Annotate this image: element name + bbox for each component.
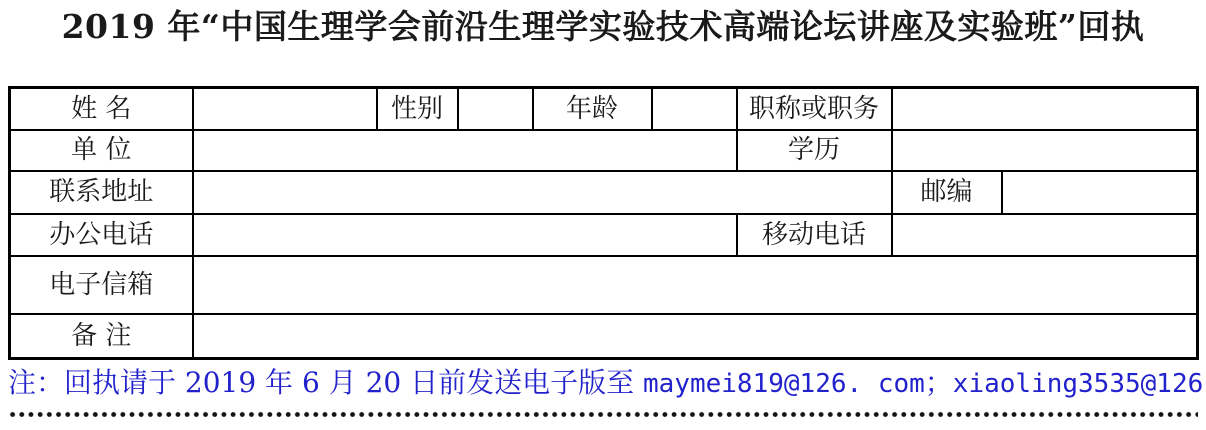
note-line: 注：回执请于 2019 年 6 月 20 日前发送电子版至 maymei819@… [8,365,1206,402]
note-email-1: maymei819@126. com [643,369,925,399]
receipt-form-table: 姓 名性别年龄职称或职务单 位学历联系地址邮编办公电话移动电话电子信箱备 注 [8,86,1199,360]
address-field[interactable] [193,171,892,214]
note-text: 注：回执请于 2019 年 6 月 20 日前发送电子版至 [8,366,643,399]
postcode-label: 邮编 [892,171,1002,214]
mobile-phone-label: 移动电话 [737,214,892,256]
gender-field[interactable] [458,88,533,130]
table-row: 单 位学历 [10,130,1198,171]
education-field[interactable] [892,130,1198,171]
email-field[interactable] [193,256,1198,314]
note-separator: ； [925,366,953,399]
office-phone-label: 办公电话 [10,214,193,256]
age-field[interactable] [652,88,737,130]
postcode-field[interactable] [1002,171,1198,214]
dotted-separator-line [8,410,1198,419]
education-label: 学历 [737,130,892,171]
gender-label: 性别 [377,88,458,130]
name-field[interactable] [193,88,377,130]
note-email-2: xiaoling3535@126. com [953,369,1206,399]
table-row: 电子信箱 [10,256,1198,314]
document-page: 2019 年“中国生理学会前沿生理学实验技术高端论坛讲座及实验班”回执 姓 名性… [0,6,1206,430]
table-row: 备 注 [10,314,1198,359]
table-row: 姓 名性别年龄职称或职务 [10,88,1198,130]
office-phone-field[interactable] [193,214,737,256]
email-label: 电子信箱 [10,256,193,314]
organization-label: 单 位 [10,130,193,171]
table-row: 联系地址邮编 [10,171,1198,214]
remarks-label: 备 注 [10,314,193,359]
mobile-phone-field[interactable] [892,214,1198,256]
title-or-position-label: 职称或职务 [737,88,892,130]
address-label: 联系地址 [10,171,193,214]
title-or-position-field[interactable] [892,88,1198,130]
remarks-field[interactable] [193,314,1198,359]
table-row: 办公电话移动电话 [10,214,1198,256]
table-body: 姓 名性别年龄职称或职务单 位学历联系地址邮编办公电话移动电话电子信箱备 注 [10,88,1198,359]
document-title: 2019 年“中国生理学会前沿生理学实验技术高端论坛讲座及实验班”回执 [0,6,1206,48]
age-label: 年龄 [533,88,652,130]
name-label: 姓 名 [10,88,193,130]
organization-field[interactable] [193,130,737,171]
